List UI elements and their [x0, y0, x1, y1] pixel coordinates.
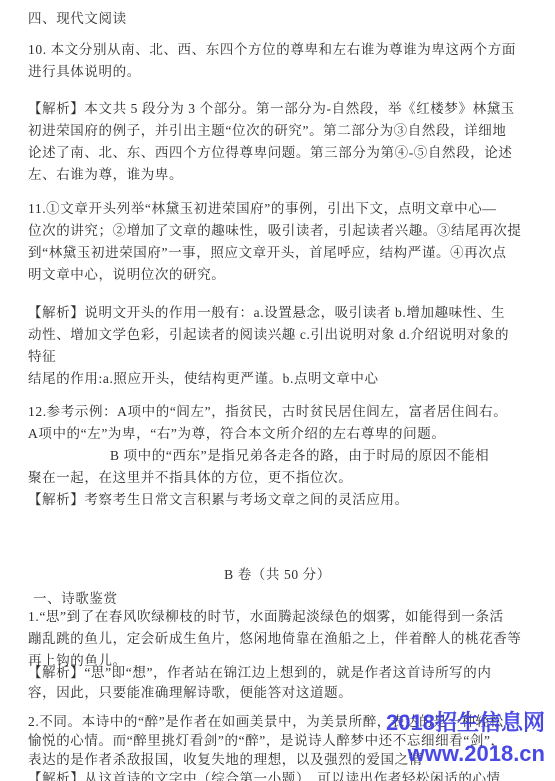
question-10-analysis: 【解析】本文共 5 段分为 3 个部分。第一部分为-自然段，举《红楼梦》林黛玉 …: [28, 98, 535, 186]
text-line: 特征: [28, 346, 535, 368]
watermark: 2018招生信息网 www.2018.cn: [386, 707, 545, 769]
text-line: 聚在一起，在这里并不指具体的方位，更不指位次。: [28, 467, 535, 489]
watermark-site-url: www.2018.cn: [386, 738, 545, 769]
question-11-answer: 11.①文章开头列举“林黛玉初进荣国府”的事例，引出下文，点明文章中心— 位次的…: [28, 198, 535, 286]
b-volume-heading: B 卷（共 50 分）: [0, 564, 555, 586]
text-line: 【解析】考察考生日常文言积累与考场文章之间的灵活应用。: [28, 489, 535, 511]
text-line: 1.“思”到了在春风吹绿柳枝的时节，水面腾起淡绿色的烟雾，如能得到一条活: [28, 606, 535, 628]
text-line: 容，因此，只要能准确理解诗歌，便能答对这道题。: [28, 683, 535, 703]
text-line: 论述了南、北、东、西四个方位得尊卑问题。第三部分为第④-⑤自然段，论述: [28, 142, 535, 164]
text-line: 左、右谁为尊，谁为卑。: [28, 164, 535, 186]
text-line: B 项中的“西东”是指兄弟各走各的路，由于时局的原因不能相: [28, 445, 535, 467]
text-line: 蹦乱跳的鱼儿，定会斫成生鱼片，悠闲地倚靠在渔船之上，伴着醉人的桃花香等: [28, 628, 535, 650]
question-10-answer: 10. 本文分别从南、北、西、东四个方位的尊卑和左右谁为尊谁为卑这两个方面 进行…: [28, 39, 535, 83]
poetry-question-1-analysis: 【解析】“思”即“想”，作者站在锦江边上想到的，就是作者这首诗所写的内 容，因此…: [28, 663, 535, 703]
question-11-analysis: 【解析】说明文开头的作用一般有：a.设置悬念，吸引读者 b.增加趣味性、生 动性…: [28, 302, 535, 390]
text-line: 初进荣国府的例子，并引出主题“位次的研究”。第二部分为③自然段，详细地: [28, 120, 535, 142]
text-line: 【解析】“思”即“想”，作者站在锦江边上想到的，就是作者这首诗所写的内: [28, 663, 535, 683]
text-line: 10. 本文分别从南、北、西、东四个方位的尊卑和左右谁为尊谁为卑这两个方面: [28, 39, 535, 61]
b-volume-heading-text: B 卷（共 50 分）: [0, 564, 555, 586]
section-heading-text: 四、现代文阅读: [28, 8, 535, 30]
text-line: 动性、增加文学色彩，引起读者的阅读兴趣 c.引出说明对象 d.介绍说明对象的: [28, 324, 535, 346]
text-line: 【解析】本文共 5 段分为 3 个部分。第一部分为-自然段，举《红楼梦》林黛玉: [28, 98, 535, 120]
text-line: 位次的讲究；②增加了文章的趣味性，吸引读者，引起读者兴趣。③结尾再次提: [28, 220, 535, 242]
text-line: 到“林黛玉初进荣国府”一事，照应文章开头，首尾呼应，结构严谨。④再次点: [28, 242, 535, 264]
answer-sheet-page: 四、现代文阅读 10. 本文分别从南、北、西、东四个方位的尊卑和左右谁为尊谁为卑…: [0, 0, 555, 781]
text-line: 进行具体说明的。: [28, 61, 535, 83]
text-line: 【解析】从这首诗的文字中（综合第一小题），可以读出作者轻松闲适的心情，: [28, 769, 535, 781]
text-line: 结尾的作用:a.照应开头，使结构更严谨。b.点明文章中心: [28, 368, 535, 390]
text-line: 【解析】说明文开头的作用一般有：a.设置悬念，吸引读者 b.增加趣味性、生: [28, 302, 535, 324]
text-line: 12.参考示例：A项中的“闾左”，指贫民，古时贫民居住闾左，富者居住闾右。: [28, 401, 535, 423]
text-line: A项中的“左”为卑，“右”为尊，符合本文所介绍的左右尊卑的问题。: [28, 423, 535, 445]
section-heading: 四、现代文阅读: [28, 8, 535, 30]
text-line: 明文章中心，说明位次的研究。: [28, 264, 535, 286]
text-line: 11.①文章开头列举“林黛玉初进荣国府”的事例，引出下文，点明文章中心—: [28, 198, 535, 220]
watermark-site-name: 2018招生信息网: [386, 707, 545, 738]
question-12-answer: 12.参考示例：A项中的“闾左”，指贫民，古时贫民居住闾左，富者居住闾右。 A项…: [28, 401, 535, 511]
